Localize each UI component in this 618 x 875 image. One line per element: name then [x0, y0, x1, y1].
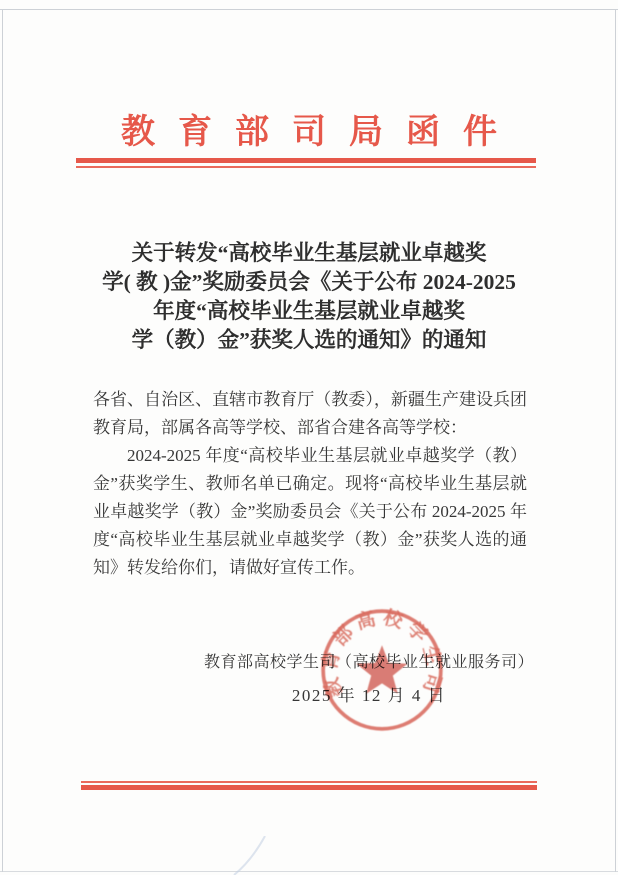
page-edge-top	[0, 9, 618, 10]
document-title-line: 关于转发“高校毕业生基层就业卓越奖	[30, 239, 588, 268]
letterhead-title: 教育部司局函件	[0, 104, 618, 153]
document-body: 各省、自治区、直辖市教育厅（教委），新疆生产建设兵团教育局，部属各高等学校、部省…	[93, 386, 527, 582]
document-title-line: 学（教）金”获奖人选的通知》的通知	[30, 326, 588, 355]
official-seal: 教育部高校学生司	[318, 606, 446, 734]
document-title-line: 学( 教 )金”奖励委员会《关于公布 2024-2025	[30, 268, 588, 297]
scan-artifact	[222, 836, 284, 875]
body-paragraph: 2024-2025 年度“高校毕业生基层就业卓越奖学（教）金”获奖学生、教师名单…	[93, 442, 527, 582]
salutation: 各省、自治区、直辖市教育厅（教委），新疆生产建设兵团教育局，部属各高等学校、部省…	[93, 386, 527, 442]
document-page: 教育部司局函件 关于转发“高校毕业生基层就业卓越奖 学( 教 )金”奖励委员会《…	[0, 0, 618, 875]
seal-star	[356, 645, 407, 694]
page-edge-bottom	[0, 871, 618, 872]
letterhead-double-rule	[76, 158, 536, 168]
document-title-line: 年度“高校毕业生基层就业卓越奖	[30, 297, 588, 326]
footer-double-rule	[81, 781, 537, 790]
document-title: 关于转发“高校毕业生基层就业卓越奖 学( 教 )金”奖励委员会《关于公布 202…	[30, 239, 588, 355]
